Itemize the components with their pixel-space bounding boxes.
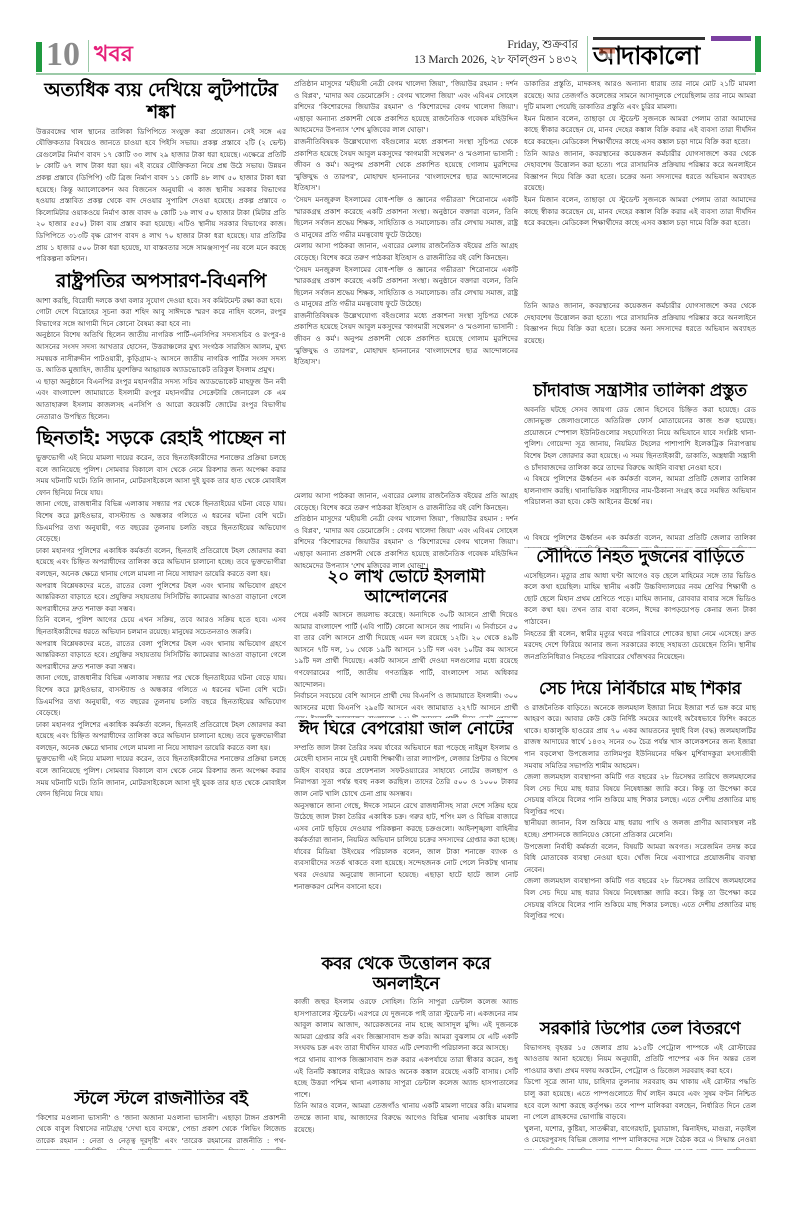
article-body: বিভাগসহ বৃহত্তর ১৫ জেলার প্রায় ৯১৫টি পে… (524, 1042, 756, 1077)
article-fake-notes: ঈদ ঘিরে বেপরোয়া জাল নোটের সম্প্রতি জাল … (294, 720, 518, 892)
article-body: প্রতিষ্ঠান মাসুদের 'মহীয়সী নেত্রী বেগম … (294, 513, 518, 568)
article-body: উত্তরবঙ্গের খাল স্থানের তালিকা ডিপিপিতে … (36, 126, 286, 265)
headline: চাঁদাবাজ সন্ত্রাসীর তালিকা প্রস্তুত (524, 382, 756, 402)
article-body: 'সৈয়দ মনজুরুল ইসলামের বোধ-শক্তি ও জ্ঞান… (294, 264, 518, 310)
column-3-saudi: সৌদিতে নিহত দুজনের বাড়িতে এসেছিলেন। মৃত… (524, 548, 756, 676)
article-body: স্থানীয়রা জানান, বিল শুকিয়ে মাছ ধরায় … (524, 817, 756, 840)
article-islami-andolon: ২০ লাখ ভোটে ইসলামী আন্দোলনের পেয়ে একটি … (294, 568, 518, 718)
flag-icon (599, 48, 615, 59)
article-body: ঢাকা মহানগর পুলিশের একাধিক কর্মকর্তা বলে… (36, 545, 286, 580)
article-body: 'সৈয়দ মনজুরুল ইসলামের বোধ-শক্তি ও জ্ঞান… (294, 194, 518, 240)
article-body: অনুসন্ধানে জানা গেছে, ঈদকে সামনে রেখে রা… (294, 800, 518, 846)
article-books-continued: প্রতিষ্ঠান মাসুদের 'মহীয়সী নেত্রী বেগম … (294, 78, 518, 368)
column-3-oil: সরকারি ডিপোর তেল বিতরণে বিভাগসহ বৃহত্তর … (524, 1020, 756, 1150)
column-3-extortion: চাঁদাবাজ সন্ত্রাসীর তালিকা প্রস্তুত অবনত… (524, 382, 756, 532)
article-body: নিহতের স্ত্রী বলেন, স্বামীর মৃত্যুর খবরে… (524, 628, 756, 663)
logo-rule (593, 37, 705, 40)
article-skeleton-online: কবর থেকে উত্তোলন করে অনলাইনে কাজী জহুর ই… (294, 955, 518, 1135)
headline: ঈদ ঘিরে বেপরোয়া জাল নোটের (294, 720, 518, 740)
headline: অত্যধিক ব্যয় দেখিয়ে লুটপাটের শঙ্কা (36, 80, 286, 124)
article-body: অনুষ্ঠানে বিশেষ অতিথি ছিলেন জাতীয় নাগরি… (36, 329, 286, 375)
article-body: ডিপো সূত্রে জানা যায়, চাহিদার তুলনায় স… (524, 1076, 756, 1122)
article-body: জানা গেছে, রাজধানীর বিভিন্ন এলাকায় সন্ধ… (36, 498, 286, 544)
article-body: তিনি আরও জানান, কবরস্থানের কয়েকজন কর্মচ… (524, 148, 756, 194)
article-body: র্যাবের মিডিয়া উইংয়ের পরিচালক বলেন, জা… (294, 846, 518, 892)
article-body: মেলায় আসা পাঠকরা জানান, এবারের মেলায় র… (294, 490, 518, 513)
newspaper-logo: আদাকালো (593, 36, 753, 72)
headline: কবর থেকে উত্তোলন করে অনলাইনে (294, 955, 518, 994)
article-body: সম্প্রতি জাল টাকা তৈরির সময় র্যাবের অভি… (294, 742, 518, 800)
article-body: তিনি বলেন, পুলিশ আগের চেয়ে এখন সক্রিয়,… (36, 614, 286, 637)
article-body: কাজী জহুর ইসলাম ওরফে সোহিল। তিনি সাপুরা … (294, 996, 518, 1054)
article-body: পরে থানায় ব্যাপক জিজ্ঞাসাবাদ শুরু করার … (294, 1054, 518, 1100)
article-body: জানা গেছে, রাজধানীর বিভিন্ন এলাকায় সন্ধ… (36, 672, 286, 718)
headline: স্টলে স্টলে রাজনীতির বই (36, 1090, 286, 1110)
article-body: এ ছাড়া অনুষ্ঠানে বিএনপির রংপুর মহানগরীর… (36, 376, 286, 422)
article-extortionist-list: চাঁদাবাজ সন্ত্রাসীর তালিকা প্রস্তুত অবনত… (524, 382, 756, 508)
section-title: খবর (94, 40, 133, 70)
headline: সরকারি ডিপোর তেল বিতরণে (524, 1020, 756, 1040)
article-body: তিনি আরও বলেন, আমরা তেজগাঁও থানায় একটি … (294, 1100, 518, 1135)
article-body: ডাকাতির প্রস্তুতি, মাদকসহ আরও অন্যান্য ধ… (524, 78, 756, 113)
article-body: গোটা দেশে বিদ্রোহের সূচনা করা শহিদ আবু স… (36, 306, 286, 329)
article-body: আশা করছি, বিরোধী দলকে কথা বলার সুযোগ দেও… (36, 295, 286, 307)
column-2-mid: ২০ লাখ ভোটে ইসলামী আন্দোলনের পেয়ে একটি … (294, 568, 518, 718)
masthead: 10 খবর Friday, শুক্রবার 13 March 2026, ২… (0, 0, 792, 76)
article-body: অপরাধ বিশ্লেষকদের মতে, রাতের বেলা পুলিশে… (36, 638, 286, 673)
article-skeleton-continued: ডাকাতির প্রস্তুতি, মাদকসহ আরও অন্যান্য ধ… (524, 78, 756, 229)
article-snatching: ছিনতাই: সড়কে রেহাই পাচ্ছেন না ভুক্তভোগী… (36, 428, 286, 800)
article-fishing: সেচ দিয়ে নির্বিচারে মাছ শিকার ও রাজনৈতি… (524, 680, 756, 922)
article-body: উপজেলা নির্বাহী কর্মকর্তা বলেন, বিষয়টি … (524, 841, 756, 876)
column-1-bottom-text: স্টলে স্টলে রাজনীতির বই 'কিশোর মওলানা ভা… (36, 1090, 286, 1150)
article-body: রাজনীতিবিষয়ক উল্লেখযোগ্য বইগুলোর মধ্যে … (294, 310, 518, 368)
article-body: খুলনা, যশোর, কুষ্টিয়া, সাতক্ষীরা, বাগের… (524, 1123, 756, 1150)
green-accent-bar (755, 36, 761, 72)
article-president-removal: রাষ্ট্রপতির অপসারণ-বিএনপি আশা করছি, বিরো… (36, 271, 286, 422)
date-weekday: Friday, শুক্রবার (414, 38, 578, 53)
article-body: ইমন মিজান বলেন, তাছাড়া যে স্টুডেন্ট সুজ… (524, 113, 756, 148)
article-body: এসেছিলেন। মৃত্যুর প্রায় আধা ঘণ্টা আগেও … (524, 570, 756, 628)
logo-text: আদাকালো (593, 41, 751, 71)
article-body: নির্বাচনে সবচেয়ে বেশি আসনে প্রার্থী দেয… (294, 690, 518, 718)
headline: ২০ লাখ ভোটে ইসলামী আন্দোলনের (294, 568, 518, 607)
article-body: 'কিশোর মওলানা ভাসানী' ও 'জানা অজানা মওলা… (36, 1112, 286, 1150)
article-body: জেলা জলমহাল ব্যবস্থাপনা কমিটি গত বছরের ২… (524, 875, 756, 921)
article-body: ভুক্তভোগী এই নিয়ে মামলা দায়ের করেন, তব… (36, 753, 286, 799)
article-oil-distribution: সরকারি ডিপোর তেল বিতরণে বিভাগসহ বৃহত্তর … (524, 1020, 756, 1150)
divider (88, 40, 89, 72)
article-body: তিনি আরও জানান, কবরস্থানের কয়েকজন কর্মচ… (524, 300, 756, 346)
article-body: এ বিষয়ে পুলিশের ঊর্ধ্বতন এক কর্মকর্তা ব… (524, 532, 756, 548)
column-2-fake-notes: ঈদ ঘিরে বেপরোয়া জাল নোটের সম্প্রতি জাল … (294, 720, 518, 952)
header-rule (36, 73, 756, 75)
article-body: ও রাজনৈতিক বাড়িতে। অনেকে জলমহাল ইজারা ন… (524, 702, 756, 772)
article-body: অবনতি ঘটছে সেসব জায়গা রেড জোন হিসেবে চি… (524, 404, 756, 474)
green-accent-bar (36, 42, 42, 72)
column-1: অত্যধিক ব্যয় দেখিয়ে লুটপাটের শঙ্কা উত্… (36, 78, 286, 1218)
article-body: রাজনীতিবিষয়ক উল্লেখযোগ্য বইগুলোর মধ্যে … (294, 136, 518, 194)
headline: রাষ্ট্রপতির অপসারণ-বিএনপি (36, 271, 286, 293)
article-body: অপরাধ বিশ্লেষকদের মতে, রাতের বেলা পুলিশে… (36, 580, 286, 615)
article-body: ঢাকা মহানগর পুলিশের একাধিক কর্মকর্তা বলে… (36, 719, 286, 754)
article-body: জেলা জলমহাল ব্যবস্থাপনা কমিটি গত বছরের ২… (524, 771, 756, 817)
page-number: 10 (46, 36, 80, 74)
column-3-fishing: সেচ দিয়ে নির্বিচারে মাছ শিকার ও রাজনৈতি… (524, 680, 756, 1010)
article-body: পেয়ে একটি আসনে জয়লাভ করেছে। অন্যদিকে ৩… (294, 609, 518, 690)
column-2-skeleton: কবর থেকে উত্তোলন করে অনলাইনে কাজী জহুর ই… (294, 955, 518, 1150)
headline: সেচ দিয়ে নির্বিচারে মাছ শিকার (524, 680, 756, 700)
column-3-extortion-tail: এ বিষয়ে পুলিশের ঊর্ধ্বতন এক কর্মকর্তা ব… (524, 532, 756, 548)
article-body: মেলায় আসা পাঠকরা জানান, এবারের মেলায় র… (294, 240, 518, 263)
article-body: ভুক্তভোগী এই নিয়ে মামলা দায়ের করেন, তব… (36, 452, 286, 498)
headline: ছিনতাই: সড়কে রেহাই পাচ্ছেন না (36, 428, 286, 450)
article-body: প্রতিষ্ঠান মাসুদের 'মহীয়সী নেত্রী বেগম … (294, 78, 518, 136)
issue-date: Friday, শুক্রবার 13 March 2026, ২৮ ফাল্গ… (414, 38, 578, 68)
article-lootpat: অত্যধিক ব্যয় দেখিয়ে লুটপাটের শঙ্কা উত্… (36, 80, 286, 265)
article-saudi-deaths: সৌদিতে নিহত দুজনের বাড়িতে এসেছিলেন। মৃত… (524, 548, 756, 662)
date-full: 13 March 2026, ২৮ ফাল্গুন ১৪৩২ (414, 53, 578, 68)
article-body: ইমন মিজান বলেন, তাছাড়া যে স্টুডেন্ট সুজ… (524, 194, 756, 229)
article-body: এ বিষয়ে পুলিশের ঊর্ধ্বতন এক কর্মকর্তা ব… (524, 473, 756, 508)
column-2-continued: মেলায় আসা পাঠকরা জানান, এবারের মেলায় র… (294, 490, 518, 568)
column-3-continued: তিনি আরও জানান, কবরস্থানের কয়েকজন কর্মচ… (524, 300, 756, 382)
headline: সৌদিতে নিহত দুজনের বাড়িতে (524, 548, 756, 568)
divider (587, 36, 588, 72)
